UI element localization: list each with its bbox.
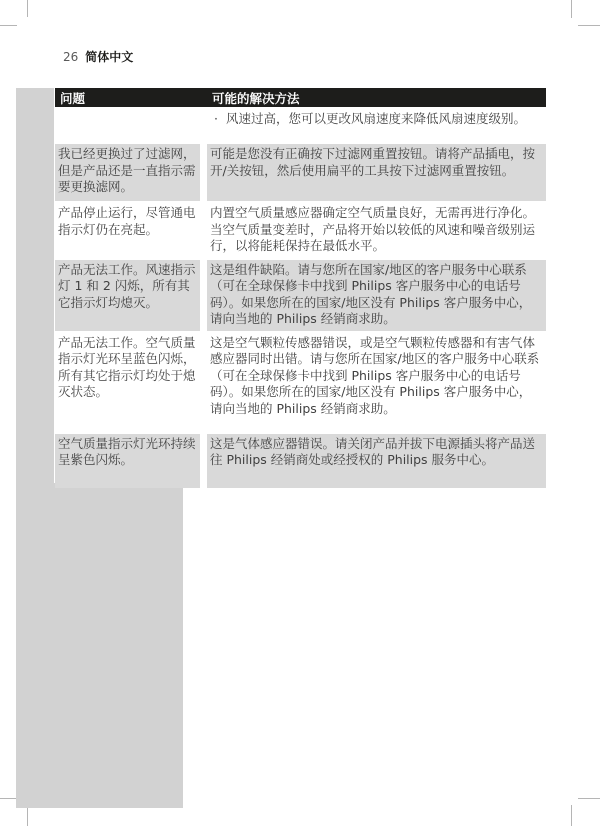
solution-cell: 可能是您没有正确按下过滤网重置按钮。请将产品插电，按开/关按钮，然后使用扁平的工… [207,144,546,201]
problem-cell: 我已经更换过了过滤网，但是产品还是一直指示需要更换滤网。 [55,144,200,201]
page-language-label: 简体中文 [85,50,133,64]
chapter-sidebar-block [54,483,183,808]
table-row: · 风速过高，您可以更改风扇速度来降低风扇速度级别。 [55,109,546,142]
manual-page: 26简体中文 问题 可能的解决方法 · 风速过高，您可以更改风扇速度来降低风扇速… [0,0,600,826]
column-header-solution: 可能的解决方法 [212,89,546,107]
troubleshooting-table: 问题 可能的解决方法 · 风速过高，您可以更改风扇速度来降低风扇速度级别。 我已… [55,88,546,488]
problem-cell: 产品停止运行，尽管通电指示灯仍在亮起。 [55,203,200,258]
solution-cell: 内置空气质量感应器确定空气质量良好，无需再进行净化。当空气质量变差时，产品将开始… [207,203,546,258]
crop-mark-top-left-horizontal [0,25,17,26]
crop-mark-top-right-vertical [571,0,572,18]
crop-mark-top-left-vertical [27,0,28,17]
table-header-row: 问题 可能的解决方法 [55,88,546,107]
crop-mark-bottom-left-vertical [27,807,28,826]
problem-cell [55,109,200,142]
solution-cell: 这是组件缺陷。请与您所在国家/地区的客户服务中心联系（可在全球保修卡中找到 Ph… [207,260,546,331]
solution-cell: · 风速过高，您可以更改风扇速度来降低风扇速度级别。 [207,109,546,142]
problem-cell: 空气质量指示灯光环持续呈紫色闪烁。 [55,434,200,488]
problem-cell: 产品无法工作。风速指示灯 1 和 2 闪烁，所有其它指示灯均熄灭。 [55,260,200,331]
table-row: 我已经更换过了过滤网，但是产品还是一直指示需要更换滤网。 可能是您没有正确按下过… [55,144,546,201]
crop-mark-bottom-right-horizontal [578,798,600,799]
solution-cell: 这是气体感应器错误。请关闭产品并拔下电源插头将产品送往 Philips 经销商处… [207,434,546,488]
table-row: 产品无法工作。风速指示灯 1 和 2 闪烁，所有其它指示灯均熄灭。 这是组件缺陷… [55,260,546,331]
table-row: 产品无法工作。空气质量指示灯光环呈蓝色闪烁，所有其它指示灯均处于熄灭状态。 这是… [55,333,546,432]
solution-cell: 这是空气颗粒传感器错误，或是空气颗粒传感器和有害气体感应器同时出错。请与您所在国… [207,333,546,432]
bullet-marker: · [210,111,226,139]
crop-mark-bottom-right-vertical [571,805,572,826]
chapter-sidebar-strip [16,88,54,808]
column-header-problem: 问题 [55,89,207,107]
problem-cell: 产品无法工作。空气质量指示灯光环呈蓝色闪烁，所有其它指示灯均处于熄灭状态。 [55,333,200,432]
crop-mark-bottom-left-horizontal [0,798,16,799]
table-row: 空气质量指示灯光环持续呈紫色闪烁。 这是气体感应器错误。请关闭产品并拔下电源插头… [55,434,546,488]
solution-text: 风速过高，您可以更改风扇速度来降低风扇速度级别。 [226,111,542,139]
page-number: 26 [63,50,78,64]
crop-mark-top-right-horizontal [578,25,600,26]
table-row: 产品停止运行，尽管通电指示灯仍在亮起。 内置空气质量感应器确定空气质量良好，无需… [55,203,546,258]
page-header: 26简体中文 [63,50,133,64]
